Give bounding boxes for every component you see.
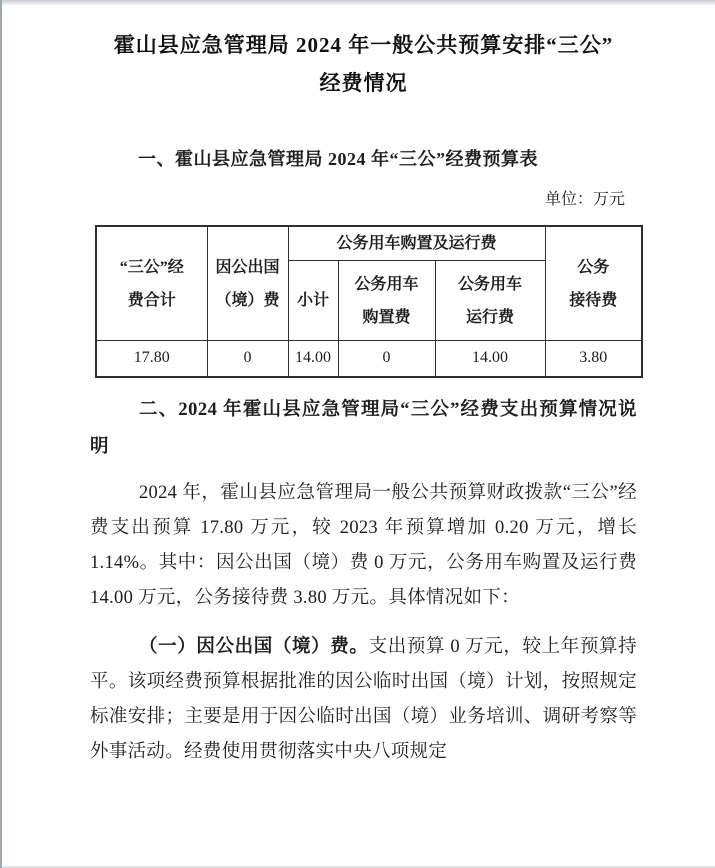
unit-label: 单位：万元 — [90, 186, 637, 209]
paragraph-abroad-detail: （一）因公出国（境）费。支出预算 0 万元，较上年预算持平。该项经费预算根据批准… — [90, 630, 637, 770]
table-header-row-group: “三公”经 费合计 因公出国 （境）费 公务用车购置及运行费 公务 接待费 — [96, 226, 642, 261]
document-title: 霍山县应急管理局 2024 年一般公共预算安排“三公” 经费情况 — [90, 26, 637, 102]
value-abroad: 0 — [207, 341, 288, 377]
value-total: 17.80 — [96, 341, 207, 377]
col-header-abroad: 因公出国 （境）费 — [207, 226, 288, 341]
document-page: 霍山县应急管理局 2024 年一般公共预算安排“三公” 经费情况 一、霍山县应急… — [0, 0, 715, 868]
value-subtotal: 14.00 — [288, 341, 338, 377]
value-operation: 14.00 — [435, 341, 545, 377]
col-header-subtotal: 小计 — [288, 261, 338, 341]
col-header-total: “三公”经 费合计 — [96, 226, 207, 341]
col-header-reception: 公务 接待费 — [545, 226, 642, 341]
paragraph-overview: 2024 年，霍山县应急管理局一般公共预算财政拨款“三公”经费支出预算 17.8… — [90, 476, 637, 616]
table-data-row: 17.80 0 14.00 0 14.00 3.80 — [96, 341, 642, 377]
page-top-edge — [2, 0, 715, 6]
document-content: 霍山县应急管理局 2024 年一般公共预算安排“三公” 经费情况 一、霍山县应急… — [2, 0, 715, 770]
section-2-heading: 二、2024 年霍山县应急管理局“三公”经费支出预算情况说明 — [90, 392, 637, 466]
section-1-heading: 一、霍山县应急管理局 2024 年“三公”经费预算表 — [90, 146, 637, 172]
budget-table: “三公”经 费合计 因公出国 （境）费 公务用车购置及运行费 公务 接待费 小计… — [95, 225, 643, 378]
col-header-vehicle-group: 公务用车购置及运行费 — [288, 226, 545, 261]
value-reception: 3.80 — [545, 341, 642, 377]
value-purchase: 0 — [338, 341, 435, 377]
paragraph-abroad-lead: （一）因公出国（境）费。 — [139, 637, 369, 657]
col-header-purchase: 公务用车 购置费 — [338, 261, 435, 341]
col-header-operation: 公务用车 运行费 — [435, 261, 545, 341]
